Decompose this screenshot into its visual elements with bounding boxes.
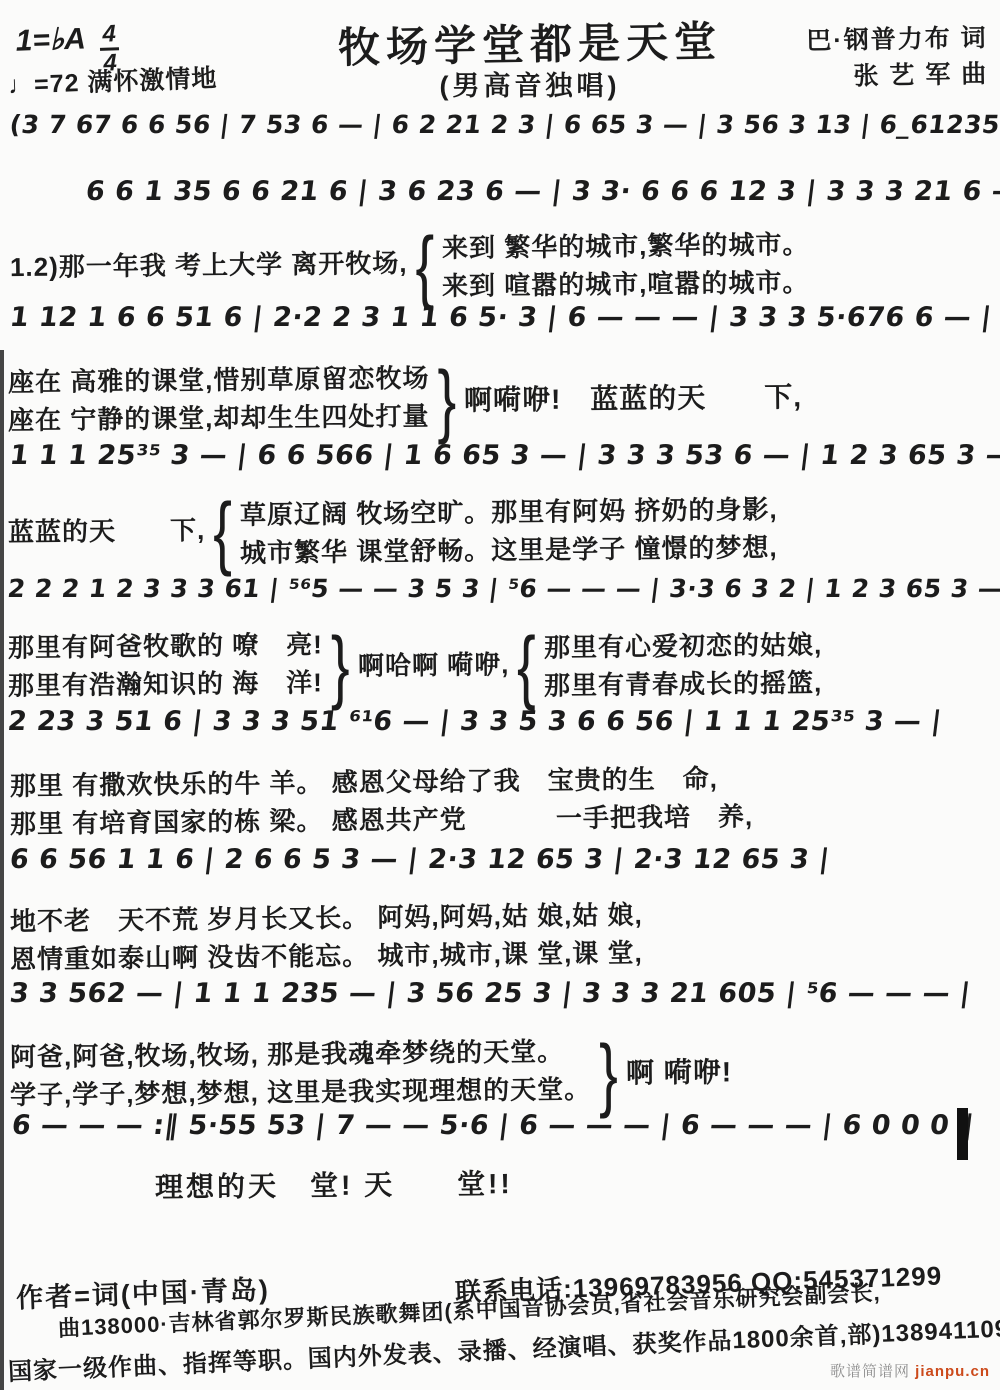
lyric-line: 地不老 天不荒 岁月长又长。 阿妈,阿妈,姑 娘,姑 娘, <box>10 897 643 941</box>
notation-line-9: 6 — — — :‖ 5·55 53 | 7 — — 5·6 | 6 — — —… <box>10 1110 975 1141</box>
lyric-line: 城市繁华 课堂舒畅。这里是学子 憧憬的梦想, <box>240 529 778 572</box>
lyric-line: 那里 有培育国家的栋 梁。 感恩共产党 一手把我培 养, <box>10 798 753 843</box>
credits: 巴·钢普力布 词 张 艺 军 曲 <box>757 20 988 97</box>
sheet-music-page: 1=♭A 4 4 ♩=72 满怀激情地 牧场学堂都是天堂 (男高音独唱) 巴·钢… <box>0 0 1000 1390</box>
lyric-line: 恩情重如泰山啊 没齿不能忘。 城市,城市,课 堂,课 堂, <box>10 934 643 978</box>
notation-line-5: 2 2 2 1 2 3 3 3 61 | ⁵⁶5 — — 3 5 3 | ⁵6 … <box>6 574 1000 603</box>
watermark-url: jianpu.cn <box>915 1363 990 1380</box>
lyric-line: 那里有浩瀚知识的 海 洋! <box>8 664 323 705</box>
notation-line-3: 1 12 1 6 6 51 6 | 2·2 2 3 1 1 6 5· 3 | 6… <box>8 302 993 333</box>
lyric-line: 草原辽阔 牧场空旷。那里有阿妈 挤奶的身影, <box>240 491 778 534</box>
lyric-column: 阿爸,阿爸,牧场,牧场, 那是我魂牵梦绕的天堂。 学子,学子,梦想,梦想, 这里… <box>10 1036 591 1111</box>
lyric-line: 来到 繁华的城市,繁华的城市。 <box>442 226 810 268</box>
lyric-line: 1.2)那一年我 考上大学 离开牧场, <box>10 245 408 287</box>
time-signature-numerator: 4 <box>99 22 119 51</box>
lyric-block-1: 1.2)那一年我 考上大学 离开牧场, { 来到 繁华的城市,繁华的城市。 来到… <box>10 228 810 303</box>
lyric-line: 座在 宁静的课堂,却却生生四处打量 <box>8 397 430 439</box>
lyric-column: 座在 高雅的课堂,惜别草原留恋牧场 座在 宁静的课堂,却却生生四处打量 <box>8 362 429 437</box>
lyricist-credit: 巴·钢普力布 词 <box>757 20 988 60</box>
lyric-block-3: 蓝蓝的天 下, { 草原辽阔 牧场空旷。那里有阿妈 挤奶的身影, 城市繁华 课堂… <box>8 494 778 569</box>
notation-line-1: (3 7 67 6 6 56 | 7 53 6 — | 6 2 21 2 3 |… <box>8 110 1000 139</box>
lyric-line: 那里有阿爸牧歌的 嘹 亮! <box>8 626 323 667</box>
brace-close: } <box>437 359 456 440</box>
lyric-line: 来到 喧嚣的城市,喧嚣的城市。 <box>442 264 810 306</box>
notation-line-6: 2 23 3 51 6 | 3 3 3 51 ⁶¹6 — | 3 3 5 3 6… <box>6 706 944 737</box>
lyric-line: 那里有青春成长的摇篮, <box>544 664 823 705</box>
song-subtitle: (男高音独唱) <box>270 64 790 103</box>
brace-open: { <box>415 225 434 306</box>
lyric-line: 啊嗬咿! 蓝蓝的天 下, <box>464 378 803 422</box>
tempo-marking: ♩=72 满怀激情地 <box>7 58 217 101</box>
lyric-line: 啊 嗬咿! <box>626 1053 733 1095</box>
watermark-site-name: 歌谱简谱网 <box>830 1363 910 1380</box>
notation-line-4: 1 1 1 25³⁵ 3 — | 6 6 566 | 1 6 65 3 — | … <box>8 440 1000 471</box>
key-text: 1=♭A <box>15 21 86 58</box>
notation-line-7: 6 6 56 1 1 6 | 2 6 6 5 3 — | 2·3 12 65 3… <box>8 844 831 875</box>
brace-open: { <box>213 491 232 572</box>
lyric-line: 啊哈啊 嗬咿, <box>357 646 509 685</box>
scan-edge-artifact <box>0 350 4 1390</box>
lyric-line: 学子,学子,梦想,梦想, 这里是我实现理想的天堂。 <box>10 1071 591 1115</box>
final-barline <box>957 1108 968 1160</box>
lyric-block-8: 理想的天 堂! 天 堂!! <box>155 1166 513 1207</box>
lyric-column: 草原辽阔 牧场空旷。那里有阿妈 挤奶的身影, 城市繁华 课堂舒畅。这里是学子 憧… <box>240 494 778 569</box>
lyric-line: 那里有心爱初恋的姑娘, <box>544 627 823 668</box>
brace-open: { <box>517 625 536 706</box>
lyric-block-2: 座在 高雅的课堂,惜别草原留恋牧场 座在 宁静的课堂,却却生生四处打量 } 啊嗬… <box>8 362 802 437</box>
lyric-column: 地不老 天不荒 岁月长又长。 阿妈,阿妈,姑 娘,姑 娘, 恩情重如泰山啊 没齿… <box>10 900 643 975</box>
notation-line-2: 6 6 1 35 6 6 21 6 | 3 6 23 6 — | 3 3· 6 … <box>84 176 1000 207</box>
lyric-block-4: 那里有阿爸牧歌的 嘹 亮! 那里有浩瀚知识的 海 洋! } 啊哈啊 嗬咿, { … <box>8 628 822 703</box>
lyric-line: 理想的天 堂! 天 堂!! <box>155 1164 513 1208</box>
composer-credit: 张 艺 军 曲 <box>758 56 989 96</box>
lyric-block-6: 地不老 天不荒 岁月长又长。 阿妈,阿妈,姑 娘,姑 娘, 恩情重如泰山啊 没齿… <box>10 900 643 975</box>
lyric-line: 蓝蓝的天 下, <box>8 512 206 552</box>
watermark: 歌谱简谱网 jianpu.cn <box>830 1360 990 1381</box>
lyric-line: 阿爸,阿爸,牧场,牧场, 那是我魂牵梦绕的天堂。 <box>10 1033 591 1077</box>
lyric-column: 那里有阿爸牧歌的 嘹 亮! 那里有浩瀚知识的 海 洋! <box>8 628 323 703</box>
lyric-column: 来到 繁华的城市,繁华的城市。 来到 喧嚣的城市,喧嚣的城市。 <box>442 228 809 303</box>
lyric-column: 那里有心爱初恋的姑娘, 那里有青春成长的摇篮, <box>544 628 822 703</box>
lyric-line: 座在 高雅的课堂,惜别草原留恋牧场 <box>8 360 430 402</box>
notation-line-8: 3 3 562 — | 1 1 1 235 — | 3 56 25 3 | 3 … <box>8 978 972 1009</box>
lyric-block-5: 那里 有撒欢快乐的牛 羊。 感恩父母给了我 宝贵的生 命, 那里 有培育国家的栋… <box>10 764 753 839</box>
lyric-block-7: 阿爸,阿爸,牧场,牧场, 那是我魂牵梦绕的天堂。 学子,学子,梦想,梦想, 这里… <box>10 1036 732 1111</box>
brace-close: } <box>599 1033 618 1114</box>
lyric-column: 那里 有撒欢快乐的牛 羊。 感恩父母给了我 宝贵的生 命, 那里 有培育国家的栋… <box>10 764 753 839</box>
brace-close: } <box>331 625 350 706</box>
